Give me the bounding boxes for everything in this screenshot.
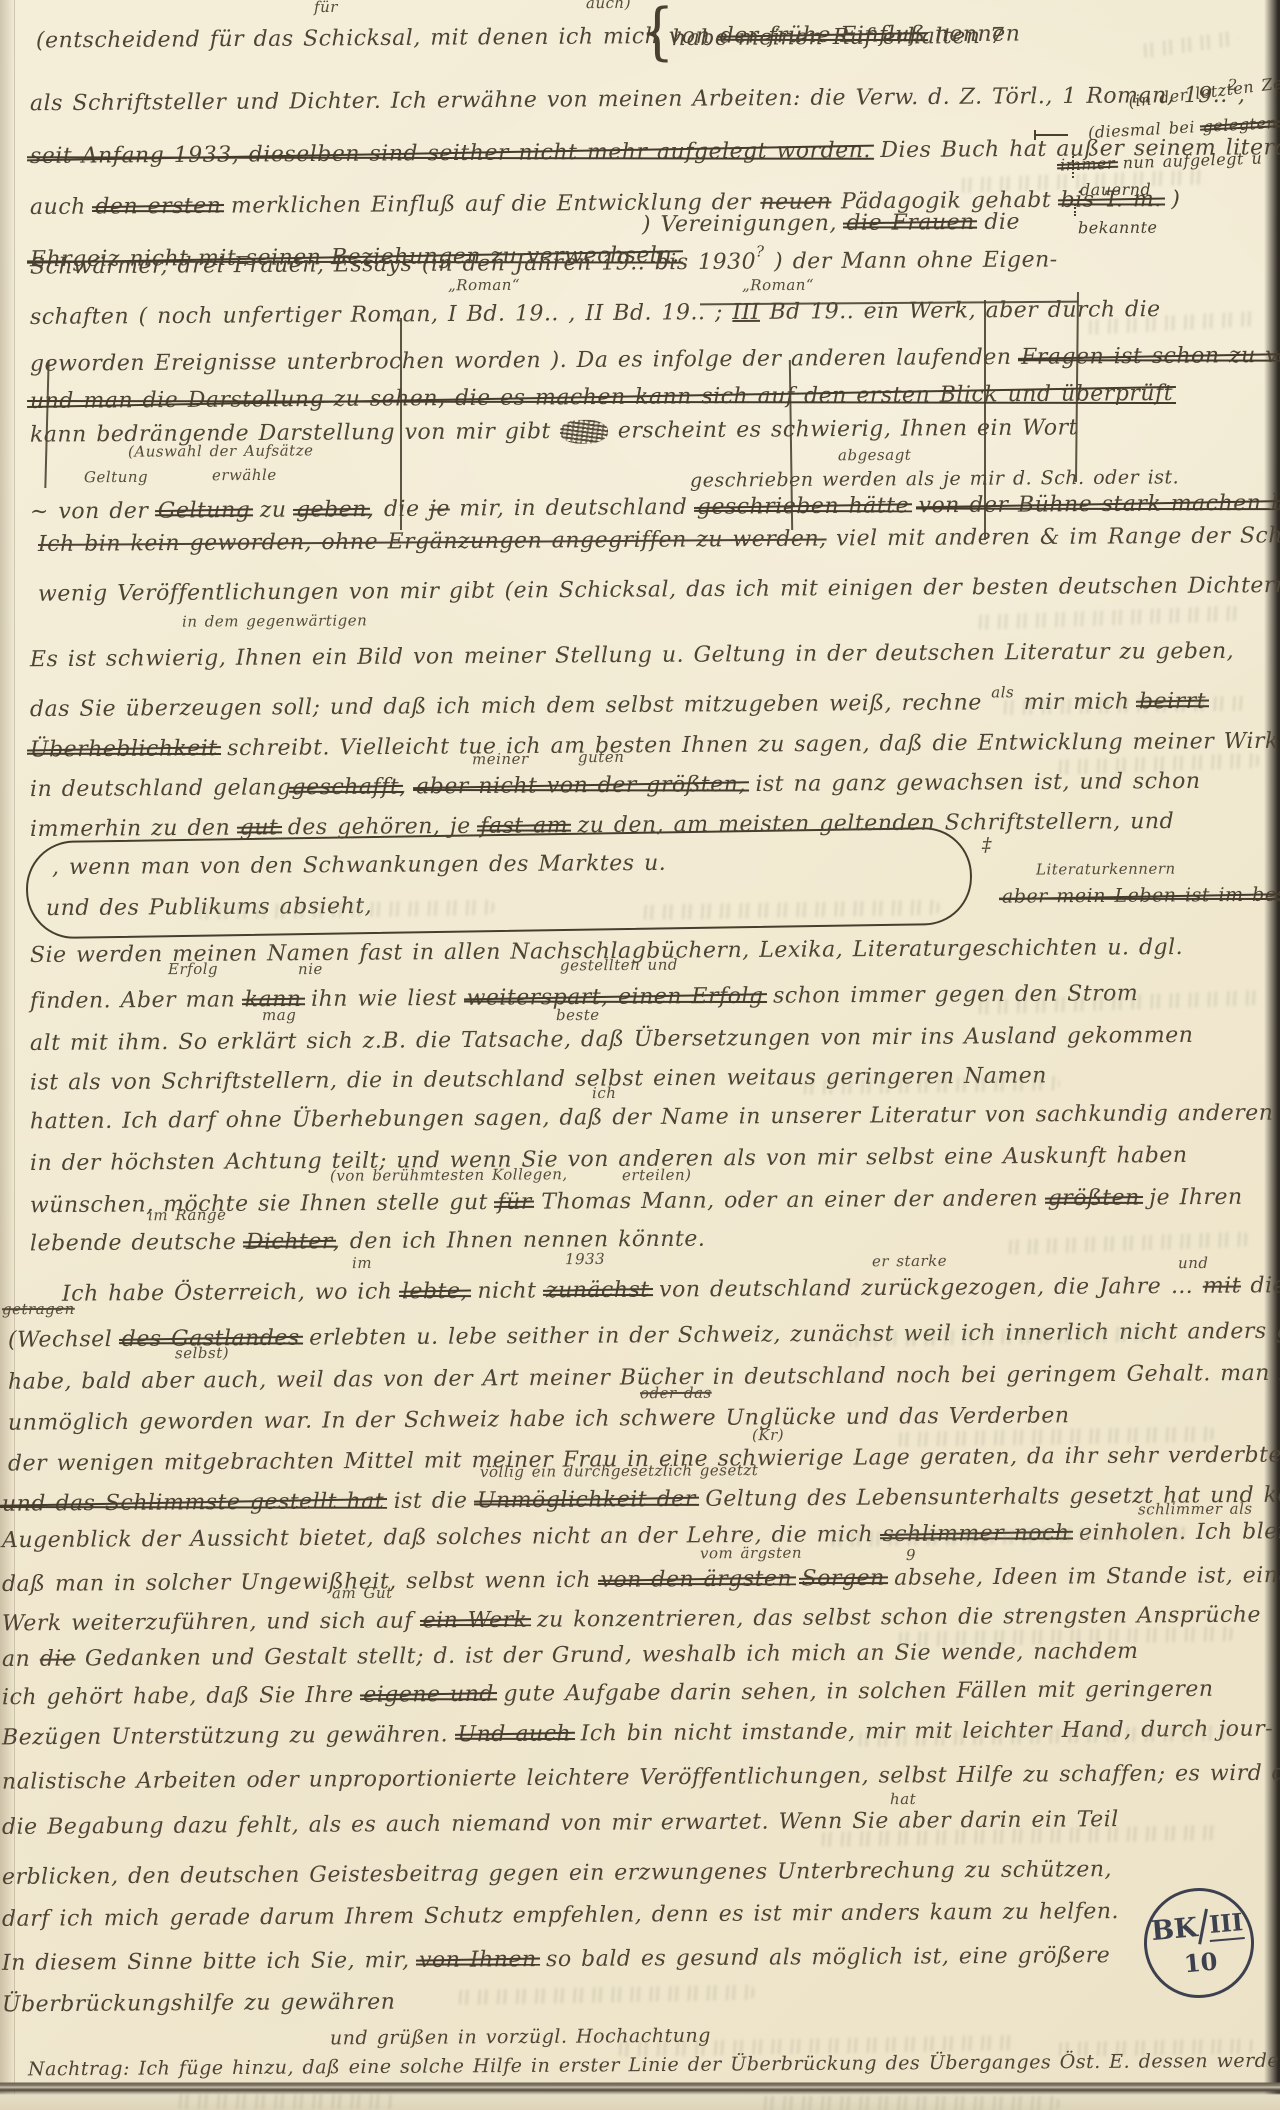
- archive-stamp: BK III 10: [1139, 1883, 1258, 2002]
- handwritten-line: in deutschland gelanggeschafft, aber nic…: [30, 770, 1201, 801]
- handwritten-line: geschrieben werden als je mir d. Sch. od…: [690, 468, 1179, 491]
- margin-arrow: [1034, 134, 1068, 136]
- handwritten-line: „Roman“: [448, 278, 520, 294]
- ink-bleedthrough: [455, 1985, 755, 2005]
- handwritten-line: mag: [262, 1008, 296, 1024]
- handwritten-line: (von berühmtesten Kollegen,: [330, 1167, 568, 1184]
- handwritten-line: In diesem Sinne bitte ich Sie, mir, von …: [2, 1944, 1110, 1975]
- handwritten-line: oder das: [640, 1386, 712, 1402]
- handwritten-line: unmöglich geworden war. In der Schweiz h…: [8, 1404, 1070, 1435]
- handwritten-line: Geltung: [84, 470, 148, 486]
- handwritten-line: , wenn man von den Schwankungen des Mark…: [52, 852, 666, 879]
- handwritten-line: getragen: [2, 1302, 75, 1318]
- handwritten-line: 9: [906, 1548, 916, 1564]
- handwritten-line: im: [352, 1256, 372, 1272]
- handwritten-line: und man die Darstellung zu sehen, die es…: [30, 382, 1173, 413]
- handwritten-line: hatten. Ich darf ohne Überhebungen sagen…: [30, 1102, 1274, 1134]
- handwritten-line: auch): [586, 0, 631, 12]
- handwritten-line: Literaturkennern: [1036, 862, 1176, 879]
- handwritten-line: Ich habe Österreich, wo ich lebte, nicht…: [62, 1273, 1280, 1306]
- handwritten-line: (Auswahl der Aufsätze: [128, 443, 314, 460]
- handwritten-line: gestellten und: [560, 958, 678, 975]
- handwritten-line: nie: [298, 962, 323, 978]
- stamp-number: 10: [1183, 1947, 1219, 1979]
- handwritten-line: ich: [592, 1086, 616, 1102]
- handwritten-line: schaften ( noch unfertiger Roman, I Bd. …: [30, 298, 1161, 329]
- ink-bleedthrough: [1000, 696, 1250, 715]
- handwritten-line: Überheblichkeit schreibt. Vielleicht tue…: [30, 729, 1280, 761]
- handwritten-line: in dem gegenwärtigen: [182, 613, 367, 630]
- manuscript-page: BK III 10 (entscheidend für das Schicksa…: [0, 0, 1280, 2110]
- insertion-brace: {: [640, 0, 675, 65]
- handwritten-line: Ich bin kein geworden, ohne Ergänzungen …: [38, 523, 1280, 556]
- handwritten-line: selbst): [175, 1346, 229, 1362]
- handwritten-line: daß man in solcher Ungewißheit, selbst w…: [2, 1563, 1280, 1596]
- handwritten-line: guten: [578, 750, 624, 766]
- handwritten-line: aber mein Leben ist im besten gelungen, …: [1002, 884, 1280, 907]
- handwritten-line: und das Schlimmste gestellt hat ist die …: [2, 1483, 1280, 1515]
- handwritten-line: wenig Veröffentlichungen von mir gibt (e…: [38, 573, 1280, 606]
- handwritten-line: völlig ein durchgesetzlich gesetzt: [480, 1463, 758, 1481]
- handwritten-line: ) Vereinigungen, die Frauen die: [642, 211, 1020, 237]
- circled-insertion-outline: [25, 827, 972, 940]
- handwritten-line: in der höchsten Achtung teilt; und wenn …: [30, 1144, 1188, 1175]
- insertion-mark: ‡: [982, 836, 992, 856]
- handwritten-line: Es ist schwierig, Ihnen ein Bild von mei…: [30, 640, 1234, 671]
- handwritten-line: erteilen): [622, 1168, 692, 1184]
- handwritten-line: immerhin zu den gut des gehören, je fast…: [30, 810, 1174, 841]
- handwritten-line: nalistische Arbeiten oder unproportionie…: [2, 1761, 1280, 1793]
- handwritten-line: (Kr): [752, 1428, 784, 1444]
- handwritten-line: habe meinen Ruf erhalten 7: [672, 25, 1005, 50]
- stamp-code: BK: [1150, 1912, 1199, 1947]
- handwritten-line: als Schriftsteller und Dichter. Ich erwä…: [30, 84, 1245, 116]
- handwritten-line: und: [1178, 1256, 1209, 1272]
- ink-bleedthrough: [1005, 1231, 1250, 1255]
- handwritten-line: Erfolg: [168, 962, 218, 978]
- handwritten-line: schlimmer als: [1138, 1502, 1253, 1519]
- ink-bleedthrough: [975, 606, 1240, 630]
- book-spine-shadow: [1264, 0, 1280, 2110]
- handwritten-line: ~ von der Geltung zu geben, die je mir, …: [30, 492, 1280, 524]
- ink-bleedthrough: [800, 1075, 1060, 1095]
- handwritten-line: 1933: [565, 1252, 605, 1268]
- handwritten-line: im Range: [148, 1208, 227, 1224]
- handwritten-line: erwähle: [212, 468, 277, 484]
- stamp-slash: [1198, 1909, 1208, 1945]
- handwritten-line: alt mit ihm. So erklärt sich z.B. die Ta…: [30, 1024, 1194, 1055]
- handwritten-line: vom ärgsten: [700, 1546, 802, 1562]
- handwritten-line: darf ich mich gerade darum Ihrem Schutz …: [2, 1900, 1119, 1931]
- handwritten-line: „Roman“: [742, 278, 814, 294]
- handwritten-line: am Gut: [332, 1586, 393, 1602]
- handwritten-line: abgesagt: [838, 448, 911, 464]
- ink-bleedthrough: [1139, 30, 1240, 59]
- handwritten-line: hat: [890, 1792, 916, 1808]
- handwritten-line: beste: [556, 1008, 600, 1024]
- margin-note-line: bekannte: [1078, 220, 1158, 237]
- stamp-volume: III: [1207, 1907, 1245, 1942]
- handwritten-line: Überbrückungshilfe zu gewähren: [2, 1991, 396, 2017]
- handwritten-line: Schwärmer, drei Frauen, Essays (in den J…: [30, 248, 1058, 278]
- handwritten-line: für: [314, 0, 338, 16]
- handwritten-line: meiner: [472, 752, 529, 768]
- ink-blot: [560, 420, 608, 444]
- ink-bleedthrough: [175, 2094, 395, 2109]
- handwritten-line: ich gehört habe, daß Sie Ihre eigene und…: [2, 1678, 1214, 1710]
- handwritten-line: erblicken, den deutschen Geistesbeitrag …: [2, 1858, 1112, 1889]
- handwritten-line: geworden Ereignisse unterbrochen worden …: [30, 343, 1280, 376]
- ink-bleedthrough: [760, 2096, 1060, 2110]
- handwritten-line: er starke: [872, 1254, 947, 1270]
